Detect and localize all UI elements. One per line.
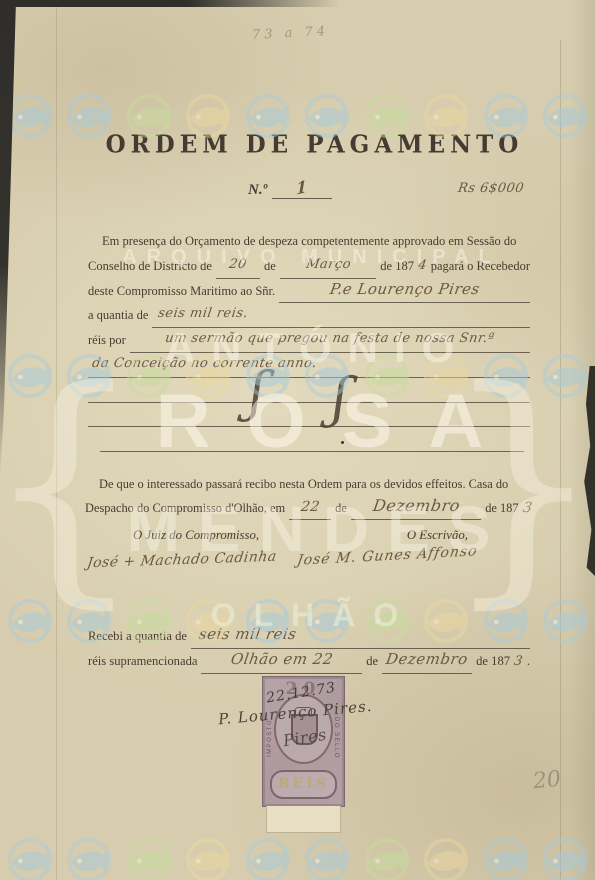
document-title: ORDEM DE PAGAMENTO bbox=[0, 130, 595, 158]
closing-day-blank: 22 bbox=[289, 495, 331, 520]
blank-fill bbox=[100, 426, 524, 452]
receipt-block: Recebi a quantia de seis mil reis réis s… bbox=[88, 624, 530, 674]
stamp-paper-tab bbox=[266, 806, 341, 833]
receipt-amount-handwritten: seis mil reis bbox=[197, 622, 298, 647]
despacho-pre-text: Despacho do Compromisso d'Olhão, em bbox=[85, 496, 285, 520]
archive-fish-icon bbox=[542, 598, 588, 644]
archive-fish-icon bbox=[126, 837, 172, 880]
blank-fill bbox=[88, 377, 530, 403]
archive-fish-icon bbox=[423, 837, 469, 880]
amount-annotation-handwritten: Rs 6$000 bbox=[457, 181, 525, 196]
signatures-row: José + Machado Cadinha José M. Gunes Aff… bbox=[85, 544, 532, 590]
session-year-digit-handwritten: 4 bbox=[416, 254, 429, 279]
clerk-signature-handwritten: José M. Gunes Affonso bbox=[295, 539, 479, 573]
archive-fish-icon bbox=[66, 837, 112, 880]
receipt-year-digit-handwritten: 3 bbox=[512, 649, 525, 674]
archive-fish-icon bbox=[304, 837, 350, 880]
session-day-blank: 20 bbox=[216, 252, 260, 279]
session-month-handwritten: Março bbox=[304, 253, 353, 278]
blank-fill bbox=[88, 402, 530, 428]
blank-ruled-line bbox=[88, 378, 530, 403]
closing-line-2: Despacho do Compromisso d'Olhão, em 22 d… bbox=[85, 496, 532, 520]
receipt-line-2: réis supramencionada Olhão em 22 de Deze… bbox=[88, 649, 530, 674]
archive-fish-icon bbox=[7, 598, 53, 644]
number-blank: 1 bbox=[272, 178, 332, 199]
receipt-line-1: Recebi a quantia de seis mil reis bbox=[88, 624, 530, 649]
amount-pre-text: a quantia de bbox=[88, 303, 148, 328]
reason-handwritten-2: da Conceição no corrente anno. bbox=[90, 352, 319, 377]
scanned-document-page: ARQUIVO MUNICIPAL ANTÓNIO ROSA MENDES OL… bbox=[0, 0, 595, 880]
de-text: de bbox=[366, 649, 378, 674]
amount-handwritten: seis mil reis. bbox=[156, 302, 250, 327]
order-line-5: réis por um sermão que pregou na festa d… bbox=[88, 328, 530, 353]
order-line-6: da Conceição no corrente anno. bbox=[88, 353, 530, 378]
archive-fish-icon bbox=[364, 837, 410, 880]
paper-fold-line bbox=[560, 40, 561, 880]
receipt-line2-pre: réis supramencionada bbox=[88, 649, 197, 674]
stamp-imposto-text: IMPOSTO bbox=[267, 719, 273, 757]
council-post-text: pagará o Recebedor bbox=[431, 254, 530, 279]
archive-fish-icon bbox=[542, 837, 588, 880]
stamp-oval-frame bbox=[274, 694, 333, 764]
receipt-year-prefix: de 187 bbox=[476, 649, 510, 674]
number-value-handwritten: 1 bbox=[296, 176, 307, 198]
payee-blank: P.e Lourenço Pires bbox=[279, 277, 530, 304]
stamp-reis-label: REIS bbox=[270, 770, 337, 799]
reason-handwritten-1: um sermão que pregou na festa de nossa S… bbox=[163, 327, 496, 352]
receipt-pre-text: Recebi a quantia de bbox=[88, 624, 187, 649]
reason-blank-1: um sermão que pregou na festa de nossa S… bbox=[130, 326, 530, 353]
archive-logo-row bbox=[0, 836, 595, 880]
archive-fish-icon bbox=[483, 837, 529, 880]
stamp-coat-of-arms bbox=[291, 714, 318, 745]
receipt-place-blank: Olhão em 22 bbox=[201, 647, 362, 674]
payee-handwritten: P.e Lourenço Pires bbox=[328, 277, 482, 302]
closing-day-handwritten: 22 bbox=[299, 495, 322, 519]
closing-year-digit-handwritten: 3 bbox=[521, 496, 534, 520]
stamp-sello-text: DO SELLO bbox=[333, 717, 339, 759]
reason-pre-text: réis por bbox=[88, 328, 126, 353]
pencil-folio-note: 73 a 74 bbox=[252, 24, 330, 43]
order-line-1: Em presença do Orçamento de despeza comp… bbox=[88, 229, 530, 254]
payee-pre-text: deste Compromisso Maritimo ao Sñr. bbox=[88, 279, 275, 304]
archive-fish-icon bbox=[245, 837, 291, 880]
stamp-crown bbox=[295, 707, 312, 714]
order-number-line: N.º 1 bbox=[248, 178, 332, 199]
scan-dark-edge-top bbox=[0, 0, 340, 7]
closing-month-handwritten: Dezembro bbox=[371, 494, 462, 518]
session-day-handwritten: 20 bbox=[227, 253, 248, 278]
pencil-value-note: 20 bbox=[532, 767, 562, 795]
receipt-place-handwritten: Olhão em 22 bbox=[229, 647, 335, 672]
receipt-amount-blank: seis mil reis bbox=[191, 622, 530, 649]
archive-fish-icon bbox=[7, 353, 53, 399]
scan-dark-edge-left bbox=[0, 0, 16, 480]
number-label: N.º bbox=[248, 182, 267, 199]
blank-ruled-line bbox=[88, 403, 530, 428]
judge-label: O Juiz do Compromisso, bbox=[133, 523, 259, 544]
closing-month-blank: Dezembro bbox=[351, 494, 481, 520]
order-line-3: deste Compromisso Maritimo ao Sñr. P.e L… bbox=[88, 279, 530, 304]
archive-fish-icon bbox=[542, 353, 588, 399]
closing-block: De que o interessado passará recibo nest… bbox=[85, 472, 532, 590]
order-line-4: a quantia de seis mil reis. bbox=[88, 303, 530, 328]
session-month-blank: Março bbox=[280, 252, 377, 279]
archive-fish-icon bbox=[7, 837, 53, 880]
receipt-month-blank: Dezembro bbox=[382, 647, 472, 674]
closing-line-1: De que o interessado passará recibo nest… bbox=[85, 472, 532, 496]
de-text: de bbox=[264, 254, 276, 279]
closing-year-prefix: de 187 bbox=[485, 496, 518, 520]
order-body: Em presença do Orçamento de despeza comp… bbox=[88, 229, 530, 452]
period-text: . bbox=[527, 649, 530, 674]
council-pre-text: Conselho de Districto de bbox=[88, 254, 212, 279]
year-prefix-text: de 187 bbox=[380, 254, 414, 279]
amount-blank: seis mil reis. bbox=[152, 301, 530, 328]
blank-ruled-line bbox=[88, 427, 530, 452]
fiscal-stamp: 20 IMPOSTO DO SELLO REIS bbox=[262, 676, 345, 807]
scan-dark-edge-right bbox=[583, 366, 595, 576]
receipt-month-handwritten: Dezembro bbox=[384, 647, 470, 672]
reason-blank-2: da Conceição no corrente anno. bbox=[88, 351, 530, 378]
judge-signature-handwritten: José + Machado Cadinha bbox=[85, 545, 278, 576]
order-line-2: Conselho de Districto de 20 de Março de … bbox=[88, 254, 530, 279]
archive-fish-icon bbox=[185, 837, 231, 880]
de-text: de bbox=[335, 496, 347, 520]
